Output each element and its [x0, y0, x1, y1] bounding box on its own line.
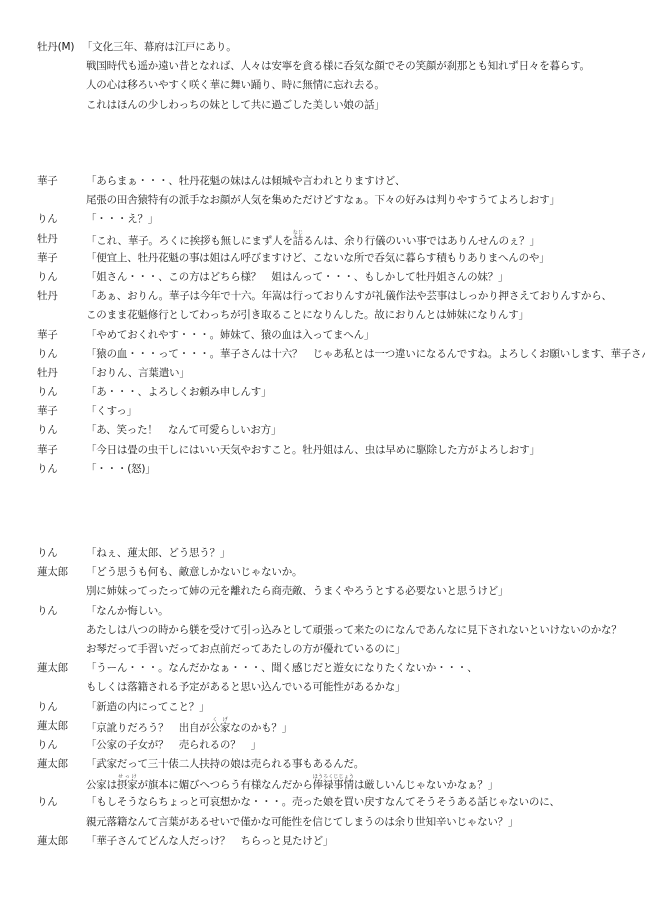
dialogue-line: お琴だって手習いだってお点前だってあたしの方が優れているのに」	[37, 640, 637, 659]
dialogue-line: 蓮太郎 「華子さんてどんな人だっけ？ ちらっと見たけど」	[37, 832, 637, 851]
ruby-base: 俸禄事情	[313, 779, 354, 791]
scene-section-2: 華子 「あらまぁ・・・、牡丹花魁の妹はんは傾城や言われとりますけど、 尾張の田舎…	[37, 172, 637, 479]
dialogue-text: 戦国時代も遥か遠い昔となれば、人々は安寧を貪る様に呑気な顔でその笑顔が刹那とも知…	[86, 57, 590, 76]
dialogue-text: このまま花魁修行としてわっちが引き取ることになりんした。故におりんとは姉妹になり…	[86, 306, 529, 325]
script-page: 牡丹(M) 「文化三年、幕府は江戸にあり。 戦国時代も遥か遠い昔となれば、人々は…	[0, 0, 645, 913]
speaker-name: りん	[37, 793, 86, 812]
ruby-annotation: 公家くげ	[210, 722, 231, 734]
dialogue-text: 「便宜上、牡丹花魁の事は姐はん呼びますけど、こないな所で呑気に暮らす積もりありま…	[86, 249, 550, 268]
ruby-annotation: 俸禄事情ほうろくじじょう	[313, 779, 354, 791]
dialogue-text: 「おりん、言葉遣い」	[86, 364, 190, 383]
speaker-name: りん	[37, 736, 86, 755]
dialogue-line: 華子 「やめておくれやす・・・。姉妹て、猿の血は入ってまへん」	[37, 326, 637, 345]
dialogue-line: これはほんの少しわっちの妹として共に過ごした美しい娘の話」	[37, 96, 637, 115]
speaker-name: りん	[37, 698, 86, 717]
dialogue-text: 「今日は畳の虫干しにはいい天気やおすこと。牡丹姐はん、虫は早めに駆除した方がよろ…	[86, 441, 540, 460]
scene-section-3: りん 「ねぇ、蓮太郎、どう思う？」 蓮太郎 「どう思うも何も、敵意しかないじゃな…	[37, 544, 637, 851]
text-segment: るんは、余り行儀のいい事ではありんせんのぇ？」	[303, 235, 540, 247]
ruby-base: 公家	[210, 722, 231, 734]
speaker-name: 牡丹(M)	[37, 38, 82, 57]
dialogue-text: 「新造の内にってこと？」	[86, 698, 209, 717]
dialogue-text: 「公家の子女が？ 売られるの？ 」	[86, 736, 261, 755]
dialogue-line: 牡丹 「あぁ、おりん。華子は今年で十六。年嵩は行っておりんすが礼儀作法や芸事はし…	[37, 287, 637, 306]
dialogue-text: 「あ・・・、よろしくお頼み申しんす」	[86, 383, 271, 402]
dialogue-line: りん 「もしそうならちょっと可哀想かな・・・。売った娘を買い戻すなんてそうそうあ…	[37, 793, 637, 812]
dialogue-line: りん 「あ、笑った！ なんて可愛らしいお方」	[37, 421, 637, 440]
text-segment: 「これ、華子。ろくに挨拶も無しにまず人を	[86, 235, 293, 247]
dialogue-line: もしくは落籍される予定があると思い込んでいる可能性があるかな」	[37, 678, 637, 697]
dialogue-text: 「文化三年、幕府は江戸にあり。	[82, 38, 237, 57]
dialogue-text: 人の心は移ろいやすく咲く華に舞い踊り、時に無情に忘れ去る。	[86, 76, 385, 95]
speaker-name: 華子	[37, 172, 86, 191]
dialogue-text: 「猿の血・・・って・・・。華子さんは十六？ じゃあ私とは一つ違いになるんですね。…	[86, 345, 645, 364]
dialogue-line: りん 「新造の内にってこと？」	[37, 698, 637, 717]
speaker-name: 牡丹	[37, 287, 86, 306]
dialogue-line: 牡丹 「おりん、言葉遣い」	[37, 364, 637, 383]
dialogue-text: 「なんか悔しい。	[86, 602, 168, 621]
dialogue-text: 「ねぇ、蓮太郎、どう思う？」	[86, 544, 230, 563]
dialogue-text: これはほんの少しわっちの妹として共に過ごした美しい娘の話」	[86, 96, 385, 115]
dialogue-line: 公家は摂家せっけが旗本に媚びへつらう有様なんだから俸禄事情ほうろくじじょうは厳し…	[37, 774, 637, 793]
ruby-reading: なじ	[293, 230, 303, 236]
dialogue-text: もしくは落籍される予定があると思い込んでいる可能性があるかな」	[86, 678, 405, 697]
ruby-base: 摂家	[117, 779, 138, 791]
speaker-name: りん	[37, 383, 86, 402]
dialogue-line: 蓮太郎 「京訛りだろう？ 出自が公家くげなのかも？」	[37, 717, 637, 736]
speaker-name: 華子	[37, 249, 86, 268]
dialogue-line: りん 「・・・(怒)」	[37, 460, 637, 479]
dialogue-text: 「あ、笑った！ なんて可愛らしいお方」	[86, 421, 281, 440]
dialogue-text: お琴だって手習いだってお点前だってあたしの方が優れているのに」	[86, 640, 405, 659]
dialogue-text: あたしは八つの時から躾を受けて引っ込みとして頑張って来たのになんであんなに見下さ…	[86, 621, 622, 640]
speaker-name: 華子	[37, 326, 86, 345]
dialogue-line: 蓮太郎 「武家だって三十俵二人扶持の娘は売られる事もあるんだ。	[37, 755, 637, 774]
speaker-name: 蓮太郎	[37, 832, 86, 851]
dialogue-line: 華子 「今日は畳の虫干しにはいい天気やおすこと。牡丹姐はん、虫は早めに駆除した方…	[37, 441, 637, 460]
text-segment: は厳しいんじゃないかなぁ？」	[354, 779, 498, 791]
dialogue-text: 「やめておくれやす・・・。姉妹て、猿の血は入ってまへん」	[86, 326, 374, 345]
speaker-name: りん	[37, 460, 86, 479]
dialogue-line: りん 「なんか悔しい。	[37, 602, 637, 621]
speaker-name: 牡丹	[37, 364, 86, 383]
speaker-name: りん	[37, 210, 86, 229]
speaker-name: りん	[37, 268, 86, 287]
ruby-reading: ほうろくじじょう	[313, 774, 354, 780]
text-segment: なのかも？」	[230, 722, 292, 734]
dialogue-line: 親元落籍なんて言葉があるせいで僅かな可能性を信じてしまうのは余り世知辛いじゃない…	[37, 813, 637, 832]
dialogue-text: 「どう思うも何も、敵意しかないじゃないか。	[86, 563, 302, 582]
dialogue-line: りん 「・・・え？」	[37, 210, 637, 229]
ruby-annotation: 詰なじ	[293, 235, 303, 247]
ruby-reading: くげ	[210, 717, 231, 723]
dialogue-text: 「・・・(怒)」	[86, 460, 156, 479]
dialogue-line: りん 「公家の子女が？ 売られるの？ 」	[37, 736, 637, 755]
dialogue-text: 公家は摂家せっけが旗本に媚びへつらう有様なんだから俸禄事情ほうろくじじょうは厳し…	[86, 774, 498, 795]
dialogue-text: 「あぁ、おりん。華子は今年で十六。年嵩は行っておりんすが礼儀作法や芸事はしっかり…	[86, 287, 612, 306]
speaker-name: 華子	[37, 402, 86, 421]
dialogue-text: 「あらまぁ・・・、牡丹花魁の妹はんは傾城や言われとりますけど、	[86, 172, 405, 191]
ruby-reading: せっけ	[117, 774, 138, 780]
dialogue-text: 「武家だって三十俵二人扶持の娘は売られる事もあるんだ。	[86, 755, 364, 774]
dialogue-line: りん 「姐さん・・・、この方はどちら様？ 姐はんって・・・、もしかして牡丹姐さん…	[37, 268, 637, 287]
dialogue-line: りん 「ねぇ、蓮太郎、どう思う？」	[37, 544, 637, 563]
speaker-name: りん	[37, 345, 86, 364]
dialogue-line: 尾張の田舎猿特有の派手なお顔が人気を集めただけどすなぁ。下々の好みは判りやすうて…	[37, 191, 637, 210]
dialogue-text: 「京訛りだろう？ 出自が公家くげなのかも？」	[86, 717, 292, 738]
dialogue-line: このまま花魁修行としてわっちが引き取ることになりんした。故におりんとは姉妹になり…	[37, 306, 637, 325]
speaker-name: りん	[37, 421, 86, 440]
speaker-name: りん	[37, 602, 86, 621]
text-segment: 公家は	[86, 779, 117, 791]
dialogue-line: りん 「あ・・・、よろしくお頼み申しんす」	[37, 383, 637, 402]
dialogue-text: 「くすっ」	[86, 402, 137, 421]
dialogue-line: 牡丹 「これ、華子。ろくに挨拶も無しにまず人を詰なじるんは、余り行儀のいい事では…	[37, 230, 637, 249]
speaker-name: 華子	[37, 441, 86, 460]
speaker-name: 蓮太郎	[37, 659, 86, 678]
text-segment: が旗本に媚びへつらう有様なんだから	[138, 779, 313, 791]
dialogue-line: 華子 「あらまぁ・・・、牡丹花魁の妹はんは傾城や言われとりますけど、	[37, 172, 637, 191]
dialogue-text: 「華子さんてどんな人だっけ？ ちらっと見たけど」	[86, 832, 333, 851]
dialogue-text: 「うーん・・・。なんだかなぁ・・・、聞く感じだと遊女になりたくないか・・・、	[86, 659, 477, 678]
monologue-section: 牡丹(M) 「文化三年、幕府は江戸にあり。 戦国時代も遥か遠い昔となれば、人々は…	[37, 38, 637, 115]
dialogue-line: 蓮太郎 「どう思うも何も、敵意しかないじゃないか。	[37, 563, 637, 582]
dialogue-line: 蓮太郎 「うーん・・・。なんだかなぁ・・・、聞く感じだと遊女になりたくないか・・…	[37, 659, 637, 678]
dialogue-text: 「これ、華子。ろくに挨拶も無しにまず人を詰なじるんは、余り行儀のいい事ではありん…	[86, 230, 540, 251]
speaker-name: りん	[37, 544, 86, 563]
ruby-annotation: 摂家せっけ	[117, 779, 138, 791]
dialogue-line: りん 「猿の血・・・って・・・。華子さんは十六？ じゃあ私とは一つ違いになるんで…	[37, 345, 637, 364]
speaker-name: 牡丹	[37, 230, 86, 249]
dialogue-text: 尾張の田舎猿特有の派手なお顔が人気を集めただけどすなぁ。下々の好みは判りやすうて…	[86, 191, 560, 210]
dialogue-text: 別に姉妹ってったって姉の元を離れたら商売敵、うまくやろうとする必要ないと思うけど…	[86, 582, 508, 601]
speaker-name: 蓮太郎	[37, 755, 86, 774]
speaker-name: 蓮太郎	[37, 563, 86, 582]
dialogue-line: 華子 「くすっ」	[37, 402, 637, 421]
dialogue-text: 「・・・え？」	[86, 210, 158, 229]
dialogue-line: 戦国時代も遥か遠い昔となれば、人々は安寧を貪る様に呑気な顔でその笑顔が刹那とも知…	[37, 57, 637, 76]
dialogue-line: あたしは八つの時から躾を受けて引っ込みとして頑張って来たのになんであんなに見下さ…	[37, 621, 637, 640]
speaker-name: 蓮太郎	[37, 717, 86, 736]
dialogue-line: 牡丹(M) 「文化三年、幕府は江戸にあり。	[37, 38, 637, 57]
text-segment: 「京訛りだろう？ 出自が	[86, 722, 210, 734]
ruby-base: 詰	[293, 235, 303, 247]
dialogue-line: 人の心は移ろいやすく咲く華に舞い踊り、時に無情に忘れ去る。	[37, 76, 637, 95]
dialogue-text: 親元落籍なんて言葉があるせいで僅かな可能性を信じてしまうのは余り世知辛いじゃない…	[86, 813, 518, 832]
dialogue-text: 「もしそうならちょっと可哀想かな・・・。売った娘を買い戻すなんてそうそうある話じ…	[86, 793, 560, 812]
dialogue-line: 華子 「便宜上、牡丹花魁の事は姐はん呼びますけど、こないな所で呑気に暮らす積もり…	[37, 249, 637, 268]
dialogue-text: 「姐さん・・・、この方はどちら様？ 姐はんって・・・、もしかして牡丹姐さんの妹？…	[86, 268, 508, 287]
dialogue-line: 別に姉妹ってったって姉の元を離れたら商売敵、うまくやろうとする必要ないと思うけど…	[37, 582, 637, 601]
